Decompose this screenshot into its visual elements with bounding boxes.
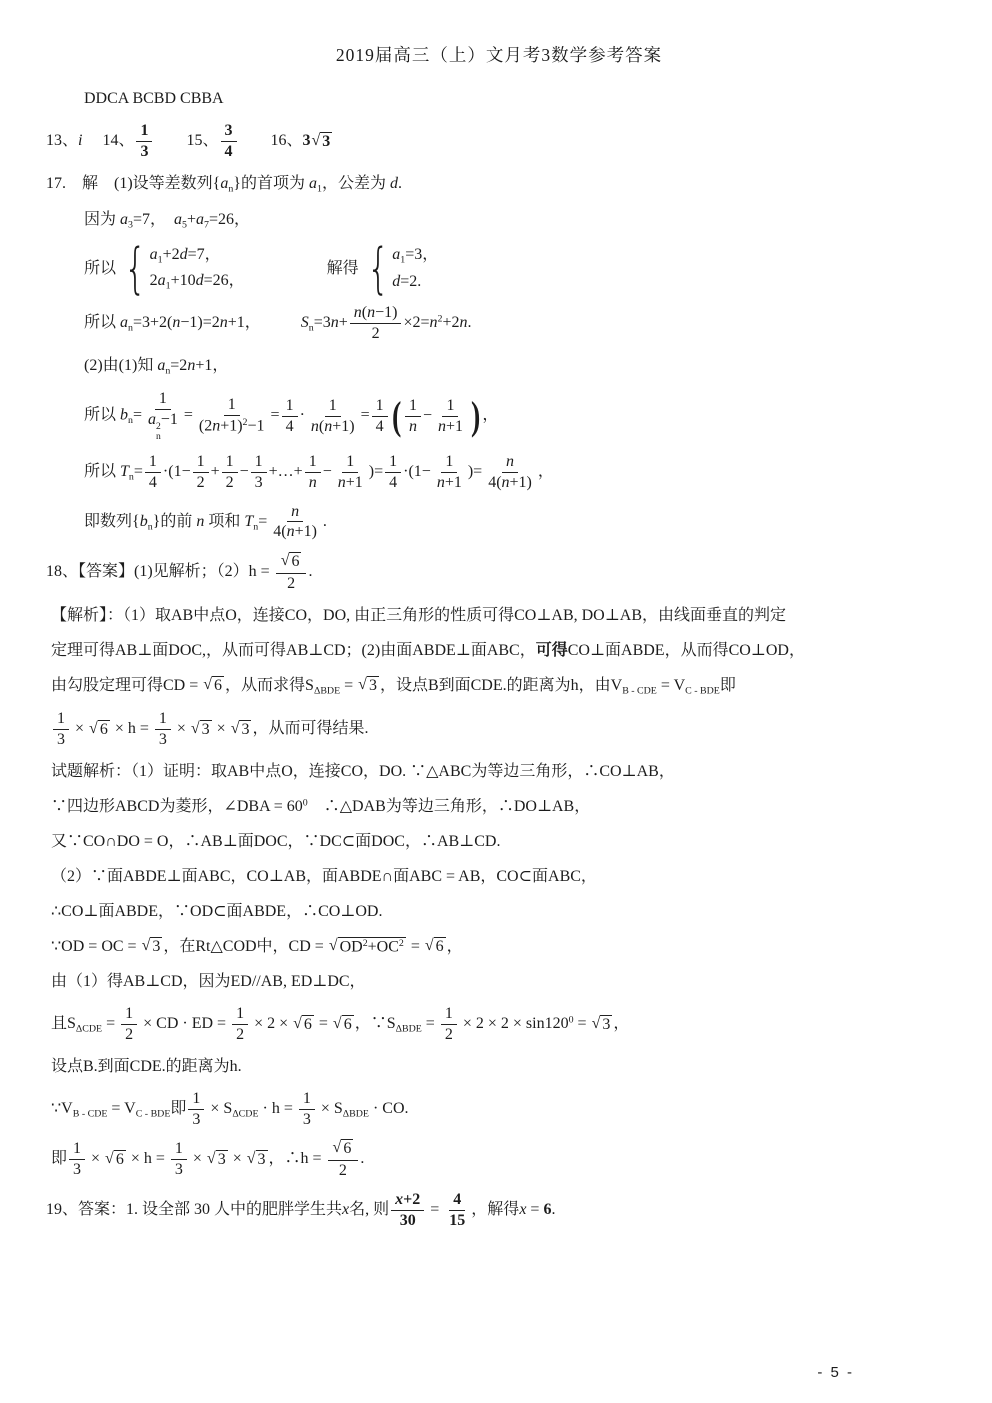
text-run: DDCA BCBD CBBA <box>84 90 224 107</box>
fraction: n(n−1)2 <box>350 304 402 343</box>
radical-sign: √ <box>329 937 338 955</box>
numerator: 1 <box>69 1140 85 1160</box>
text-run: ·(1− <box>403 463 431 480</box>
line-q18-solution-line4: （2）∵面ABDE⊥面ABC，CO⊥AB，面ABDE∩面ABC = AB，CO⊂… <box>51 865 952 889</box>
text-run: 15 <box>449 1212 465 1229</box>
text-run: +2 <box>442 314 459 331</box>
square-root: √3 <box>247 1150 268 1169</box>
fraction: 13 <box>53 710 69 749</box>
text-run: 6 <box>436 938 444 955</box>
radical-sign: √ <box>247 1150 256 1168</box>
text-run: − <box>240 463 249 480</box>
line-q18-solution-line10: ∵VB - CDE = VC - BDE即13 × SΔCDE · h = 13… <box>51 1090 952 1129</box>
text-run: =7， <box>188 246 221 263</box>
text-run: ，设点B到面CDE.的距离为h，由V <box>380 677 622 694</box>
text-run: . <box>551 1201 555 1218</box>
numerator: 1 <box>145 453 161 473</box>
variable: n <box>287 523 295 540</box>
numerator: 1 <box>224 396 240 416</box>
radical-sign: √ <box>231 720 240 738</box>
subscript: ΔBDE <box>343 1108 369 1119</box>
text-run: 3 <box>202 721 210 738</box>
variable: n <box>331 314 339 331</box>
line-q17-given: 因为 a3=7， a5+a7=26， <box>84 208 952 233</box>
radicand: 6 <box>342 1015 354 1034</box>
fraction: 1(2n+1)2−1 <box>195 396 269 435</box>
fraction: 12 <box>441 1005 457 1044</box>
line-q18-analysis-line1: 【解析】：（1）取AB中点O，连接CO，DO, 由正三角形的性质可得CO⊥AB,… <box>51 604 952 628</box>
text-run: −1)=2 <box>180 314 219 331</box>
text-run: 1 <box>389 453 397 470</box>
variable: n <box>220 314 228 331</box>
text-run: 1 <box>409 397 417 414</box>
text-run: ， <box>538 463 554 480</box>
numerator: 1 <box>299 1090 315 1110</box>
radical-sign: √ <box>105 1150 114 1168</box>
text-run: )= <box>468 463 482 480</box>
radicand: 3 <box>216 1150 228 1169</box>
denominator: 3 <box>188 1110 204 1129</box>
text-run: × <box>87 1150 104 1167</box>
line-q17-heading: 17. 解 (1)设等差数列{an}的首项为 a1，公差为 d. <box>46 172 952 197</box>
text-run: ∴△DAB为等边三角形，∴DO⊥AB， <box>308 798 590 815</box>
text-run: 1 <box>125 1005 133 1022</box>
line-q18-analysis-line2: 定理可得AB⊥面DOC,，从而可得AB⊥CD；(2)由面ABDE⊥面ABC，可得… <box>51 639 952 663</box>
denominator: 2 <box>335 1161 351 1180</box>
denominator: 2 <box>368 324 384 343</box>
text-run: 名, 则 <box>349 1201 389 1218</box>
variable: a <box>120 211 128 228</box>
subscript: B - CDE <box>622 685 657 696</box>
text-run: · CO. <box>369 1100 409 1117</box>
text-run: + <box>187 211 196 228</box>
line-q17-part2-intro: (2)由(1)知 an=2n+1， <box>84 354 952 379</box>
radicand: 6 <box>341 1139 353 1158</box>
text-run: = <box>184 407 193 424</box>
variable: d <box>390 175 398 192</box>
square-root: √6 <box>333 1139 354 1158</box>
text-run: =7， <box>133 211 174 228</box>
text-run: −1 <box>248 418 265 435</box>
text-run: 1 <box>446 397 454 414</box>
text-run: )= <box>369 463 383 480</box>
numerator: 1 <box>442 397 458 417</box>
radical-sign: √ <box>293 1015 302 1033</box>
fraction: n4(n+1) <box>269 503 321 542</box>
subscript: B - CDE <box>73 1108 108 1119</box>
text-run: 1 <box>197 453 205 470</box>
text-run: 3 <box>258 1151 266 1168</box>
numerator: 1 <box>53 710 69 730</box>
text-run: = <box>426 1201 443 1218</box>
text-run: = <box>422 1015 439 1032</box>
radicand: 6 <box>212 676 224 695</box>
square-root: √3 <box>312 132 333 151</box>
text-run: 1 <box>303 1090 311 1107</box>
text-run: 且S <box>51 1015 76 1032</box>
fraction: 1n <box>305 453 321 492</box>
page-title: 2019届高三（上）文月考3数学参考答案 <box>46 42 952 67</box>
numerator: 1 <box>155 710 171 730</box>
text-run: +OC <box>368 939 399 956</box>
text-run: 1 <box>175 1140 183 1157</box>
radical-sign: √ <box>312 132 321 150</box>
line-q18-solution-line5: ∴CO⊥面ABDE，∵OD⊂面ABDE，∴CO⊥OD. <box>51 900 952 924</box>
text-run: 解得 <box>247 260 359 277</box>
subscript: ΔCDE <box>76 1023 102 1034</box>
square-root: √6 <box>425 937 446 956</box>
denominator: 3 <box>171 1160 187 1179</box>
line-q18-solution-line8: 且SΔCDE = 12 × CD · ED = 12 × 2 × √6 = √6… <box>51 1005 952 1044</box>
denominator: 3 <box>299 1110 315 1129</box>
text-run: 3 <box>602 1016 610 1033</box>
text-run: ，公差为 <box>322 175 390 192</box>
text-run: +1， <box>195 357 228 374</box>
fraction: 13 <box>69 1140 85 1179</box>
fraction: n4(n+1) <box>484 453 536 492</box>
numerator: 1 <box>251 453 267 473</box>
page-number: - 5 - <box>817 1364 854 1381</box>
variable: b <box>140 513 148 530</box>
denominator: 3 <box>136 142 152 161</box>
radical-sign: √ <box>333 1139 342 1157</box>
text-run: 3 <box>73 1161 81 1178</box>
line-fill-in-answers: 13、i 14、13 15、34 16、3√3 <box>46 122 952 161</box>
text-run: 1 <box>192 1090 200 1107</box>
text-run: 4 <box>376 418 384 435</box>
numerator: 1 <box>136 122 152 142</box>
text-run: 3 <box>159 731 167 748</box>
text-run: 18、【答案】(1)见解析；（2）h = <box>46 563 274 580</box>
text-run: 设点B.到面CDE.的距离为h. <box>51 1058 242 1075</box>
subscript: C - BDE <box>136 1108 171 1119</box>
square-root: √6 <box>105 1150 126 1169</box>
text-run: + <box>339 314 348 331</box>
fraction: 13 <box>171 1140 187 1179</box>
fraction: 13 <box>155 710 171 749</box>
radical-sign: √ <box>142 937 151 955</box>
radical-sign: √ <box>203 676 212 694</box>
denominator: 2 <box>441 1025 457 1044</box>
text-run: × h = <box>127 1150 169 1167</box>
text-run: 3 <box>57 731 65 748</box>
denominator: n <box>305 473 321 492</box>
text-run: ∵OD = OC = <box>51 938 141 955</box>
denominator: a2n−1 <box>144 410 182 441</box>
text-run: 6 <box>291 553 299 570</box>
text-run: 所以 <box>84 463 120 480</box>
variable: a <box>174 211 182 228</box>
line-q18-analysis-line3: 由勾股定理可得CD = √6，从而求得SΔBDE = √3，设点B到面CDE.的… <box>51 674 952 699</box>
variable: a <box>196 211 204 228</box>
line-q18-answer: 18、【答案】(1)见解析；（2）h = √62. <box>46 552 952 592</box>
numerator: √6 <box>276 552 307 573</box>
text-run: · <box>300 407 305 424</box>
text-run: =2. <box>400 273 421 290</box>
variable: n <box>502 474 510 491</box>
variable: T <box>244 513 253 530</box>
text-run: 2 <box>236 1026 244 1043</box>
numerator: 1 <box>441 453 457 473</box>
numerator: 1 <box>121 1005 137 1025</box>
text-run: 1 <box>159 390 167 407</box>
equation-row: a1=3， <box>392 245 438 267</box>
variable: n <box>437 474 445 491</box>
line-q18-solution-line11: 即13 × √6 × h = 13 × √3 × √3，∴h = √62. <box>51 1139 952 1179</box>
numerator: 3 <box>221 122 237 142</box>
square-root: √OD2+OC2 <box>329 937 406 957</box>
text-run: 16、 <box>239 132 303 149</box>
text-run: ，解得 <box>471 1201 519 1218</box>
line-q18-solution-line2: ∵四边形ABCD为菱形，∠DBA = 600 ∴△DAB为等边三角形，∴DO⊥A… <box>51 795 952 819</box>
fraction: 14 <box>282 397 298 436</box>
variable: a <box>120 314 128 331</box>
line-q18-solution-line1: 试题解析：（1）证明：取AB中点O，连接CO，DO. ∵△ABC为等边三角形，∴… <box>51 760 952 784</box>
variable: b <box>120 407 128 424</box>
fraction: 415 <box>445 1191 469 1230</box>
variable: T <box>120 463 129 480</box>
text-run: 1 <box>73 1140 81 1157</box>
text-run: 3 <box>369 677 377 694</box>
numerator: n <box>287 503 303 523</box>
text-run: ×2= <box>403 314 429 331</box>
text-run: 1 <box>445 453 453 470</box>
text-run: 【解析】：（1）取AB中点O，连接CO，DO, 由正三角形的性质可得CO⊥AB,… <box>51 607 786 624</box>
text-run: 4( <box>488 474 501 491</box>
document-page: 2019届高三（上）文月考3数学参考答案 DDCA BCBD CBBA13、i … <box>0 0 992 1403</box>
subscript: ΔBDE <box>396 1023 422 1034</box>
text-run: 6 <box>100 721 108 738</box>
denominator: 2 <box>283 574 299 593</box>
text-run: + <box>211 463 220 480</box>
square-root: √3 <box>142 937 163 956</box>
numerator: x+2 <box>391 1191 424 1211</box>
numerator: 1 <box>232 1005 248 1025</box>
text-run: 1 <box>346 453 354 470</box>
denominator: 4 <box>372 417 388 436</box>
line-q17-equation-system: 所以{a1+2d=7，2a1+10d=26， 解得{a1=3，d=2. <box>84 245 952 294</box>
equation-row: 2a1+10d=26， <box>150 271 245 293</box>
text-run: 项和 <box>204 513 244 530</box>
denominator: 4 <box>145 473 161 492</box>
numerator: 1 <box>441 1005 457 1025</box>
subscript: n <box>156 432 161 442</box>
text-run: . <box>467 314 471 331</box>
text-run: 即数列{ <box>84 513 140 530</box>
variable: n <box>311 418 319 435</box>
text-run: −1 <box>161 411 178 428</box>
denominator: 2 <box>121 1025 137 1044</box>
variable: n <box>338 474 346 491</box>
square-root: √3 <box>231 720 252 739</box>
denominator: (2n+1)2−1 <box>195 416 269 435</box>
numerator: 1 <box>155 390 171 410</box>
text-run: +1) <box>510 474 532 491</box>
text-run: × h = <box>111 720 153 737</box>
square-root: √6 <box>281 552 302 571</box>
fraction: 12 <box>121 1005 137 1044</box>
fraction: 13 <box>136 122 152 161</box>
radicand: 6 <box>98 720 110 739</box>
numerator: √6 <box>328 1139 359 1160</box>
text-run: 1 <box>149 453 157 470</box>
text-run: 1 <box>226 453 234 470</box>
text-run: × <box>189 1150 206 1167</box>
denominator: 2 <box>222 473 238 492</box>
text-run: −1) <box>375 304 397 321</box>
numerator: 1 <box>193 453 209 473</box>
numerator: 1 <box>222 453 238 473</box>
equation-rows: a1+2d=7，2a1+10d=26， <box>150 245 245 294</box>
equation-rows: a1=3，d=2. <box>392 245 438 292</box>
text-run: 4( <box>273 523 286 540</box>
radical-sign: √ <box>207 1150 216 1168</box>
text-run: 3 <box>192 1111 200 1128</box>
text-run: }的首项为 <box>233 175 309 192</box>
radicand: 3 <box>256 1150 268 1169</box>
fraction: 1n+1 <box>434 397 467 436</box>
text-run: ，∵S <box>355 1015 396 1032</box>
text-run: 2 <box>339 1162 347 1179</box>
text-run: 4 <box>286 418 294 435</box>
text-run: 6 <box>343 1140 351 1157</box>
radicand: 6 <box>434 937 446 956</box>
text-run: 3 <box>218 1151 226 1168</box>
text-run: × <box>71 720 88 737</box>
text-run: 即 <box>170 1100 186 1117</box>
text-run: = V <box>107 1100 135 1117</box>
text-run: = <box>134 463 143 480</box>
numerator: 1 <box>282 397 298 417</box>
text-run: +2 <box>403 1191 420 1208</box>
text-run: ∴CO⊥面ABDE，∵OD⊂面ABDE，∴CO⊥OD. <box>51 903 382 920</box>
denominator: 4 <box>385 473 401 492</box>
line-choice-answers: DDCA BCBD CBBA <box>84 87 952 111</box>
numerator: 1 <box>188 1090 204 1110</box>
equation-row: a1+2d=7， <box>150 245 245 267</box>
denominator: 3 <box>251 473 267 492</box>
text-run: . <box>323 513 327 530</box>
text-run: ∵V <box>51 1100 73 1117</box>
square-root: √6 <box>89 720 110 739</box>
text-run: 1 <box>255 453 263 470</box>
variable: d <box>196 272 204 289</box>
answer-lines: DDCA BCBD CBBA13、i 14、13 15、34 16、3√317.… <box>46 87 952 1230</box>
text-run: 又∵CO∩DO = O，∴AB⊥面DOC，∵DC⊂面DOC，∴AB⊥CD. <box>51 833 500 850</box>
denominator: 4 <box>282 417 298 436</box>
text-run: 2 <box>372 325 380 342</box>
numerator: 1 <box>372 397 388 417</box>
text-run: × S <box>206 1100 232 1117</box>
variable: n <box>506 453 514 470</box>
denominator: 3 <box>53 730 69 749</box>
fraction: 14 <box>145 453 161 492</box>
numerator: 1 <box>405 397 421 417</box>
denominator: 2 <box>193 473 209 492</box>
fraction: 13 <box>188 1090 204 1129</box>
text-run: 2 <box>125 1026 133 1043</box>
text-run: 3 <box>225 122 233 139</box>
fraction: 14 <box>385 453 401 492</box>
text-run: = <box>361 407 370 424</box>
text-run: +…+ <box>269 463 303 480</box>
variable: n <box>291 503 299 520</box>
text-run: 所以 <box>84 314 120 331</box>
text-run: 3 <box>255 474 263 491</box>
fraction: 13 <box>299 1090 315 1129</box>
superscript: 2 <box>399 938 404 949</box>
text-run: = <box>258 513 267 530</box>
subscript: C - BDE <box>685 685 720 696</box>
text-run: +2 <box>163 246 180 263</box>
text-run: ， <box>613 1015 629 1032</box>
line-q18-solution-line7: 由（1）得AB⊥CD，因为ED//AB, ED⊥DC， <box>51 970 952 994</box>
radical-sign: √ <box>358 676 367 694</box>
variable: n <box>438 418 446 435</box>
variable: x <box>395 1191 403 1208</box>
document-body: 2019届高三（上）文月考3数学参考答案 DDCA BCBD CBBA13、i … <box>0 0 992 1230</box>
line-q18-analysis-line4: 13 × √6 × h = 13 × √3 × √3，从而可得结果. <box>51 710 952 749</box>
text-run: ， <box>482 407 498 424</box>
fraction: 1a2n−1 <box>144 390 182 441</box>
text-run: 4 <box>389 474 397 491</box>
text-run: 即 <box>51 1150 67 1167</box>
numerator: 1 <box>325 397 341 417</box>
radical-sign: √ <box>592 1015 601 1033</box>
text-run: 2 <box>287 575 295 592</box>
text-run: 2 <box>197 474 205 491</box>
text-run: =2 <box>170 357 187 374</box>
text-run: (2)由(1)知 <box>84 357 157 374</box>
text-run: 1 <box>236 1005 244 1022</box>
fraction: 12 <box>193 453 209 492</box>
text-run: =26， <box>204 272 245 289</box>
line-q18-solution-line3: 又∵CO∩DO = O，∴AB⊥面DOC，∵DC⊂面DOC，∴AB⊥CD. <box>51 830 952 854</box>
text-run: =3， <box>405 246 438 263</box>
text-run: (2 <box>199 418 212 435</box>
fraction: 12 <box>232 1005 248 1044</box>
denominator: n+1 <box>434 417 467 436</box>
fraction: 14 <box>372 397 388 436</box>
text-run: 由（1）得AB⊥CD，因为ED//AB, ED⊥DC， <box>51 973 366 990</box>
text-run: 3 <box>322 133 330 150</box>
text-run: × <box>173 720 190 737</box>
denominator: n <box>405 417 421 436</box>
numerator: 1 <box>171 1140 187 1160</box>
text-run: 6 <box>344 1016 352 1033</box>
square-root: √3 <box>358 676 379 695</box>
text-run: +1 <box>446 418 463 435</box>
text-run: 15、 <box>154 132 218 149</box>
text-run: 6 <box>116 1151 124 1168</box>
text-run: ，∴h = <box>269 1150 326 1167</box>
line-q18-solution-line6: ∵OD = OC = √3，在Rt△COD中，CD = √OD2+OC2 = √… <box>51 935 952 959</box>
line-q17-conclusion: 即数列{bn}的前 n 项和 Tn=n4(n+1). <box>84 503 952 542</box>
denominator: 2 <box>232 1025 248 1044</box>
variable: d <box>180 246 188 263</box>
variable: n <box>367 304 375 321</box>
fraction: 12 <box>222 453 238 492</box>
square-root: √3 <box>191 720 212 739</box>
variable: a <box>309 175 317 192</box>
denominator: 3 <box>69 1160 85 1179</box>
text-run: ·(1− <box>163 463 191 480</box>
variable: n <box>409 418 417 435</box>
text-run: 14、 <box>82 132 134 149</box>
variable: n <box>212 418 220 435</box>
text-run: 3 <box>303 1111 311 1128</box>
text-run: +1 <box>445 474 462 491</box>
